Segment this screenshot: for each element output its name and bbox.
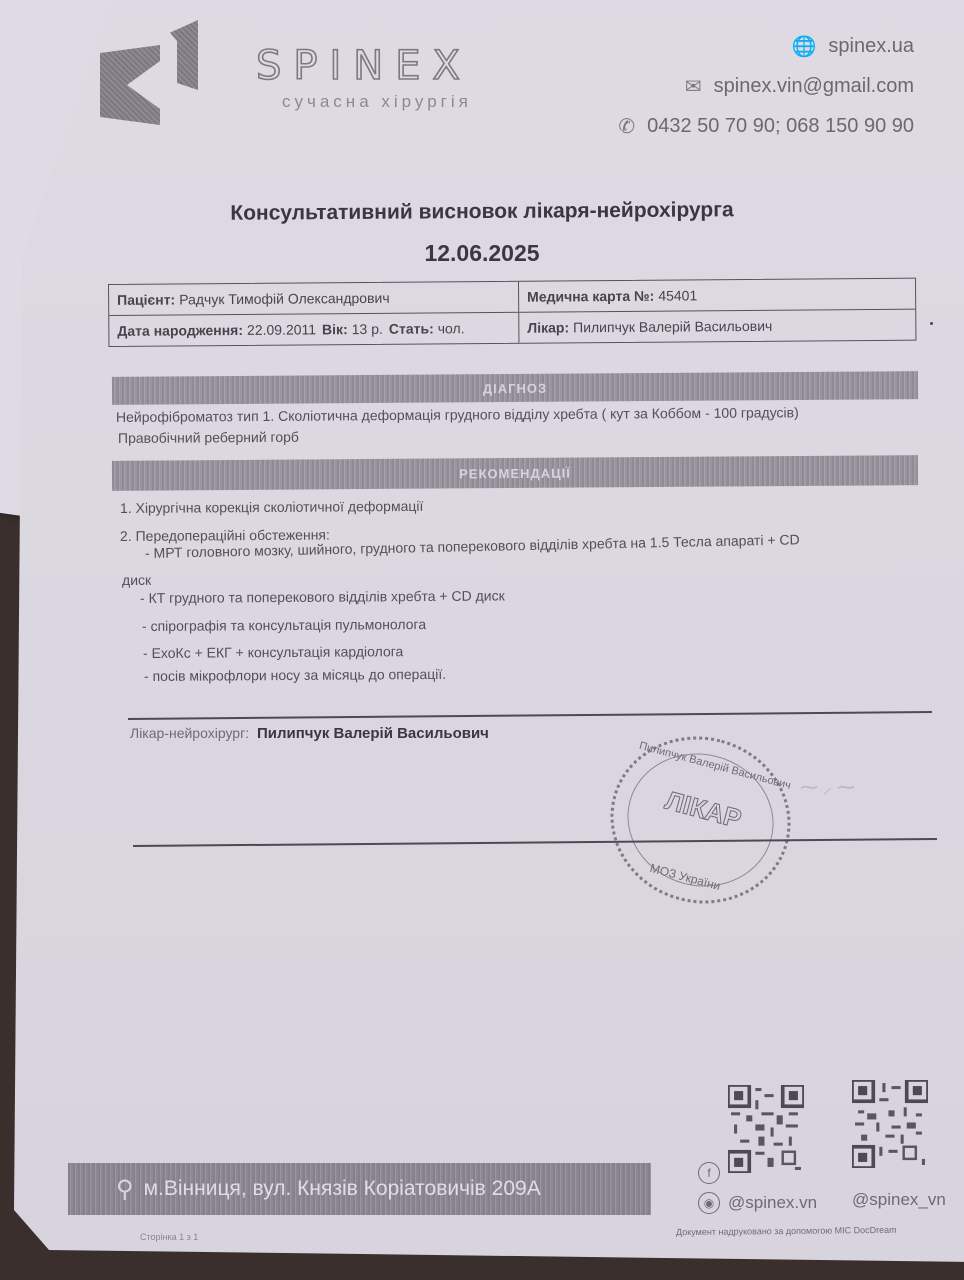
signature-line: Лікар-нейрохірург: Пилипчук Валерій Васи… — [130, 725, 489, 742]
address-bar: ⚲ м.Вінниця, вул. Князів Коріатовичів 20… — [68, 1163, 651, 1215]
recommendation-line: - спірографія та консультація пульмоноло… — [142, 616, 426, 634]
signature-scribble: ⁓ ⸝ ⁓ — [800, 775, 855, 799]
contact-email[interactable]: ✉ spinex.vin@gmail.com — [618, 66, 914, 106]
diagnosis-line: Правобічний реберний горб — [118, 429, 299, 446]
globe-icon: 🌐 — [791, 34, 816, 59]
patient-cell: Пацієнт: Радчук Тимофій Олександрович — [109, 282, 519, 315]
qr-code-facebook[interactable] — [728, 1085, 804, 1173]
spinex-logo-icon — [100, 20, 200, 135]
location-pin-icon: ⚲ — [116, 1175, 134, 1204]
contact-website[interactable]: 🌐 spinex.ua — [618, 26, 914, 66]
recommendation-line: диск — [122, 572, 151, 588]
patient-name: Радчук Тимофій Олександрович — [179, 290, 390, 308]
document-date: 12.06.2025 — [0, 240, 964, 267]
contact-phone[interactable]: ✆ 0432 50 70 90; 068 150 90 90 — [618, 106, 914, 146]
sex-value: чол. — [438, 320, 465, 336]
brand: SPINEX сучасна хірургія — [256, 46, 516, 112]
patient-info-table: Пацієнт: Радчук Тимофій Олександрович Ме… — [108, 278, 916, 347]
diagnosis-heading: ДІАГНОЗ — [112, 371, 918, 405]
info-row: Дата народження: 22.09.2011 Вік: 13 р. С… — [109, 309, 915, 346]
recommendations-heading: РЕКОМЕНДАЦІЇ — [112, 455, 918, 491]
page-number: Сторінка 1 з 1 — [140, 1232, 198, 1242]
doctor-name: Пилипчук Валерій Васильович — [573, 318, 772, 336]
instagram-link-vn[interactable]: ◉ @spinex.vn — [698, 1192, 817, 1214]
signer-name: Пилипчук Валерій Васильович — [257, 725, 489, 742]
recommendation-line: - посів мікрофлори носу за місяць до опе… — [144, 666, 446, 684]
recommendation-line: 1. Хірургічна корекція сколіотичної дефо… — [120, 498, 423, 516]
facebook-link[interactable]: f — [698, 1162, 720, 1184]
clinic-address: м.Вінниця, вул. Князів Коріатовичів 209А — [144, 1177, 541, 1201]
age-value: 13 р. — [352, 321, 383, 337]
dob-value: 22.09.2011 — [247, 321, 316, 338]
speck — [930, 322, 933, 325]
medical-card-cell: Медична карта №: 45401 — [519, 279, 915, 312]
envelope-icon: ✉ — [685, 74, 702, 99]
recommendation-line: - ЕхоКс + ЕКГ + консультація кардіолога — [143, 643, 403, 661]
phone-icon: ✆ — [618, 114, 635, 139]
instagram-link-vr[interactable]: @spinex_vn — [852, 1190, 946, 1210]
doctor-cell: Лікар: Пилипчук Валерій Васильович — [519, 310, 915, 343]
info-row: Пацієнт: Радчук Тимофій Олександрович Ме… — [109, 279, 915, 315]
dob-cell: Дата народження: 22.09.2011 Вік: 13 р. С… — [109, 313, 519, 346]
brand-tagline: сучасна хірургія — [282, 92, 516, 112]
recommendation-line: - КТ грудного та поперекового відділів х… — [140, 587, 505, 606]
contacts: 🌐 spinex.ua ✉ spinex.vin@gmail.com ✆ 043… — [618, 26, 914, 146]
qr-code-instagram[interactable] — [852, 1080, 928, 1168]
brand-name: SPINEX — [256, 46, 516, 86]
medical-card-number: 45401 — [658, 287, 697, 303]
facebook-icon: f — [698, 1162, 720, 1184]
instagram-icon: ◉ — [698, 1192, 720, 1214]
